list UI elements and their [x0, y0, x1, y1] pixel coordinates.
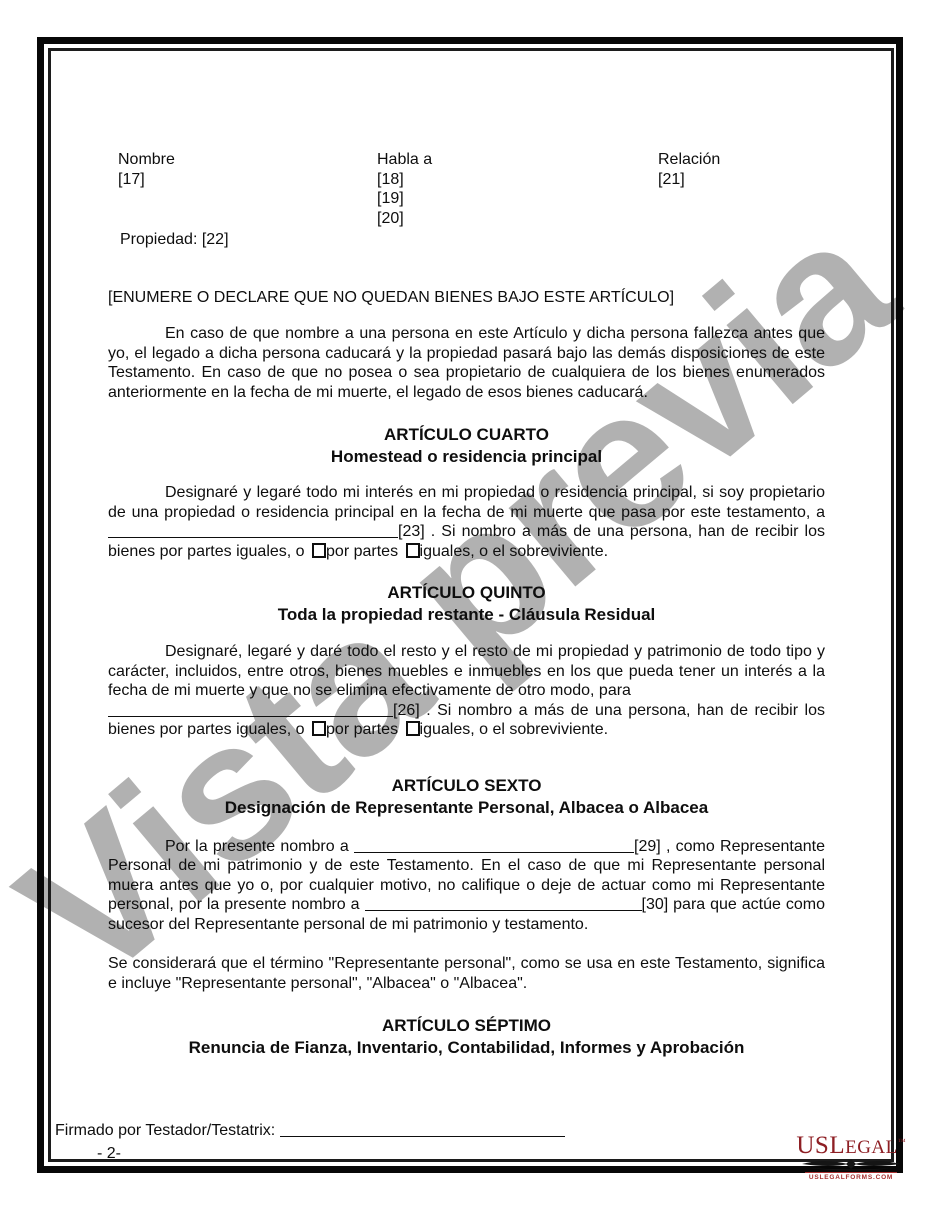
column-header-name: Nombre [118, 150, 377, 170]
property-line: Propiedad: [22] [120, 230, 825, 250]
text-segment: Por la presente nombro a [165, 838, 349, 855]
cell-relation-ref: [21] [658, 170, 825, 190]
uslegal-wordmark: USLEGAL™ [792, 1130, 910, 1161]
fill-in-blank-23[interactable] [108, 522, 398, 538]
article-six-subtitle: Designación de Representante Personal, A… [108, 797, 825, 819]
article-five-heading: ARTÍCULO QUINTO Toda la propiedad restan… [108, 582, 825, 626]
article-seven-heading: ARTÍCULO SÉPTIMO Renuncia de Fianza, Inv… [108, 1015, 825, 1059]
trademark-symbol: ™ [898, 1137, 906, 1146]
article-three-paragraph: En caso de que nombre a una persona en e… [108, 324, 825, 402]
article-five-paragraph: Designaré, legaré y daré todo el resto y… [108, 642, 825, 740]
personal-representative-definition: Se considerará que el término "Represent… [108, 954, 825, 993]
article-six-paragraph: Por la presente nombro a [29] , como Rep… [108, 837, 825, 935]
checkbox-per-stirpes[interactable] [312, 721, 326, 736]
fill-in-blank-29[interactable] [354, 837, 634, 853]
document-page: Vista previa Nombre [17] Habla a [18] [1… [0, 0, 935, 1210]
checkbox-label: por partes [326, 543, 398, 560]
column-relation: Relación [21] [658, 150, 825, 228]
cell-speaks-ref-1: [18] [377, 170, 658, 190]
article-four-paragraph: Designaré y legaré todo mi interés en mi… [108, 483, 825, 561]
article-seven-title: ARTÍCULO SÉPTIMO [108, 1015, 825, 1037]
uslegal-logo: USLEGAL™ USLEGALFORMS.COM [792, 1130, 910, 1181]
signature-row: Firmado por Testador/Testatrix: [55, 1121, 565, 1141]
article-seven-subtitle: Renuncia de Fianza, Inventario, Contabil… [108, 1037, 825, 1059]
column-name: Nombre [17] [118, 150, 377, 228]
article-four-heading: ARTÍCULO CUARTO Homestead o residencia p… [108, 424, 825, 468]
text-segment: Designaré, legaré y daré todo el resto y… [108, 643, 825, 699]
article-four-subtitle: Homestead o residencia principal [108, 446, 825, 468]
signed-by-label: Firmado por Testador/Testatrix: [55, 1122, 275, 1139]
text-segment: Designaré y legaré todo mi interés en mi… [108, 484, 825, 521]
article-six-title: ARTÍCULO SEXTO [108, 775, 825, 797]
article-five-title: ARTÍCULO QUINTO [108, 582, 825, 604]
testator-signature-line[interactable] [280, 1121, 565, 1137]
page-number: - 2- [97, 1144, 565, 1164]
brand-text-large: USL [796, 1132, 845, 1159]
article-six-heading: ARTÍCULO SEXTO Designación de Representa… [108, 775, 825, 819]
checkbox-per-stirpes[interactable] [312, 543, 326, 558]
cell-speaks-ref-3: [20] [377, 209, 658, 229]
fill-in-blank-30[interactable] [365, 895, 642, 911]
beneficiary-table: Nombre [17] Habla a [18] [19] [20] Relac… [118, 150, 825, 228]
checkbox-equal-shares[interactable] [406, 721, 420, 736]
uslegalforms-tagline: USLEGALFORMS.COM [805, 1172, 897, 1181]
fill-in-blank-26[interactable] [108, 701, 393, 717]
checkbox-label: por partes [326, 721, 398, 738]
article-five-subtitle: Toda la propiedad restante - Cláusula Re… [108, 604, 825, 626]
blank-ref-26: [26] [393, 702, 420, 719]
blank-ref-23: [23] [398, 523, 425, 540]
article-four-title: ARTÍCULO CUARTO [108, 424, 825, 446]
document-body: Nombre [17] Habla a [18] [19] [20] Relac… [108, 50, 825, 1059]
brand-text-small: EGAL [845, 1137, 898, 1158]
column-speaks: Habla a [18] [19] [20] [377, 150, 658, 228]
column-header-speaks: Habla a [377, 150, 658, 170]
blank-ref-30: [30] [642, 896, 669, 913]
cell-name-ref: [17] [118, 170, 377, 190]
column-header-relation: Relación [658, 150, 825, 170]
notice-line: [ENUMERE O DECLARE QUE NO QUEDAN BIENES … [108, 288, 825, 308]
cell-speaks-ref-2: [19] [377, 189, 658, 209]
page-footer: Firmado por Testador/Testatrix: - 2- [55, 1121, 565, 1163]
checkbox-label: iguales, o el sobreviviente. [420, 721, 609, 738]
blank-ref-29: [29] [634, 838, 661, 855]
checkbox-equal-shares[interactable] [406, 543, 420, 558]
checkbox-label: iguales, o el sobreviviente. [420, 543, 609, 560]
